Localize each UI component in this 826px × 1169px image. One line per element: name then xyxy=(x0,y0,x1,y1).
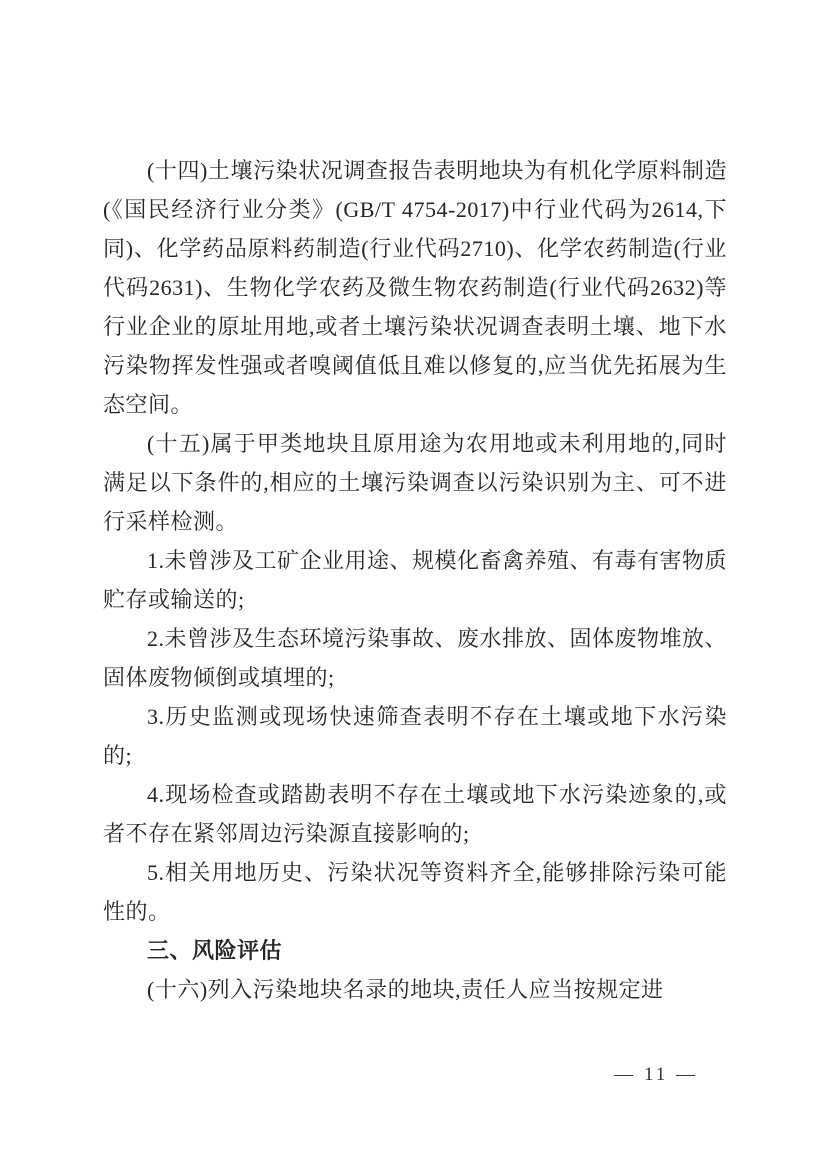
document-page: (十四)土壤污染状况调查报告表明地块为有机化学原料制造(《国民经济行业分类》(G… xyxy=(0,0,826,1169)
paragraph-condition-2: 2.未曾涉及生态环境污染事故、废水排放、固体废物堆放、固体废物倾倒或填埋的; xyxy=(103,619,727,697)
paragraph-item-15: (十五)属于甲类地块且原用途为农用地或未利用地的,同时满足以下条件的,相应的土壤… xyxy=(103,424,727,541)
document-body: (十四)土壤污染状况调查报告表明地块为有机化学原料制造(《国民经济行业分类》(G… xyxy=(103,151,727,1009)
paragraph-condition-5: 5.相关用地历史、污染状况等资料齐全,能够排除污染可能性的。 xyxy=(103,853,727,931)
paragraph-condition-3: 3.历史监测或现场快速筛查表明不存在土壤或地下水污染的; xyxy=(103,697,727,775)
paragraph-condition-1: 1.未曾涉及工矿企业用途、规模化畜禽养殖、有毒有害物质贮存或输送的; xyxy=(103,541,727,619)
paragraph-condition-4: 4.现场检查或踏勘表明不存在土壤或地下水污染迹象的,或者不存在紧邻周边污染源直接… xyxy=(103,775,727,853)
paragraph-item-16: (十六)列入污染地块名录的地块,责任人应当按规定进 xyxy=(103,970,727,1009)
paragraph-item-14: (十四)土壤污染状况调查报告表明地块为有机化学原料制造(《国民经济行业分类》(G… xyxy=(103,151,727,424)
page-number: — 11 — xyxy=(614,1061,698,1089)
section-heading-risk-assessment: 三、风险评估 xyxy=(103,931,727,970)
